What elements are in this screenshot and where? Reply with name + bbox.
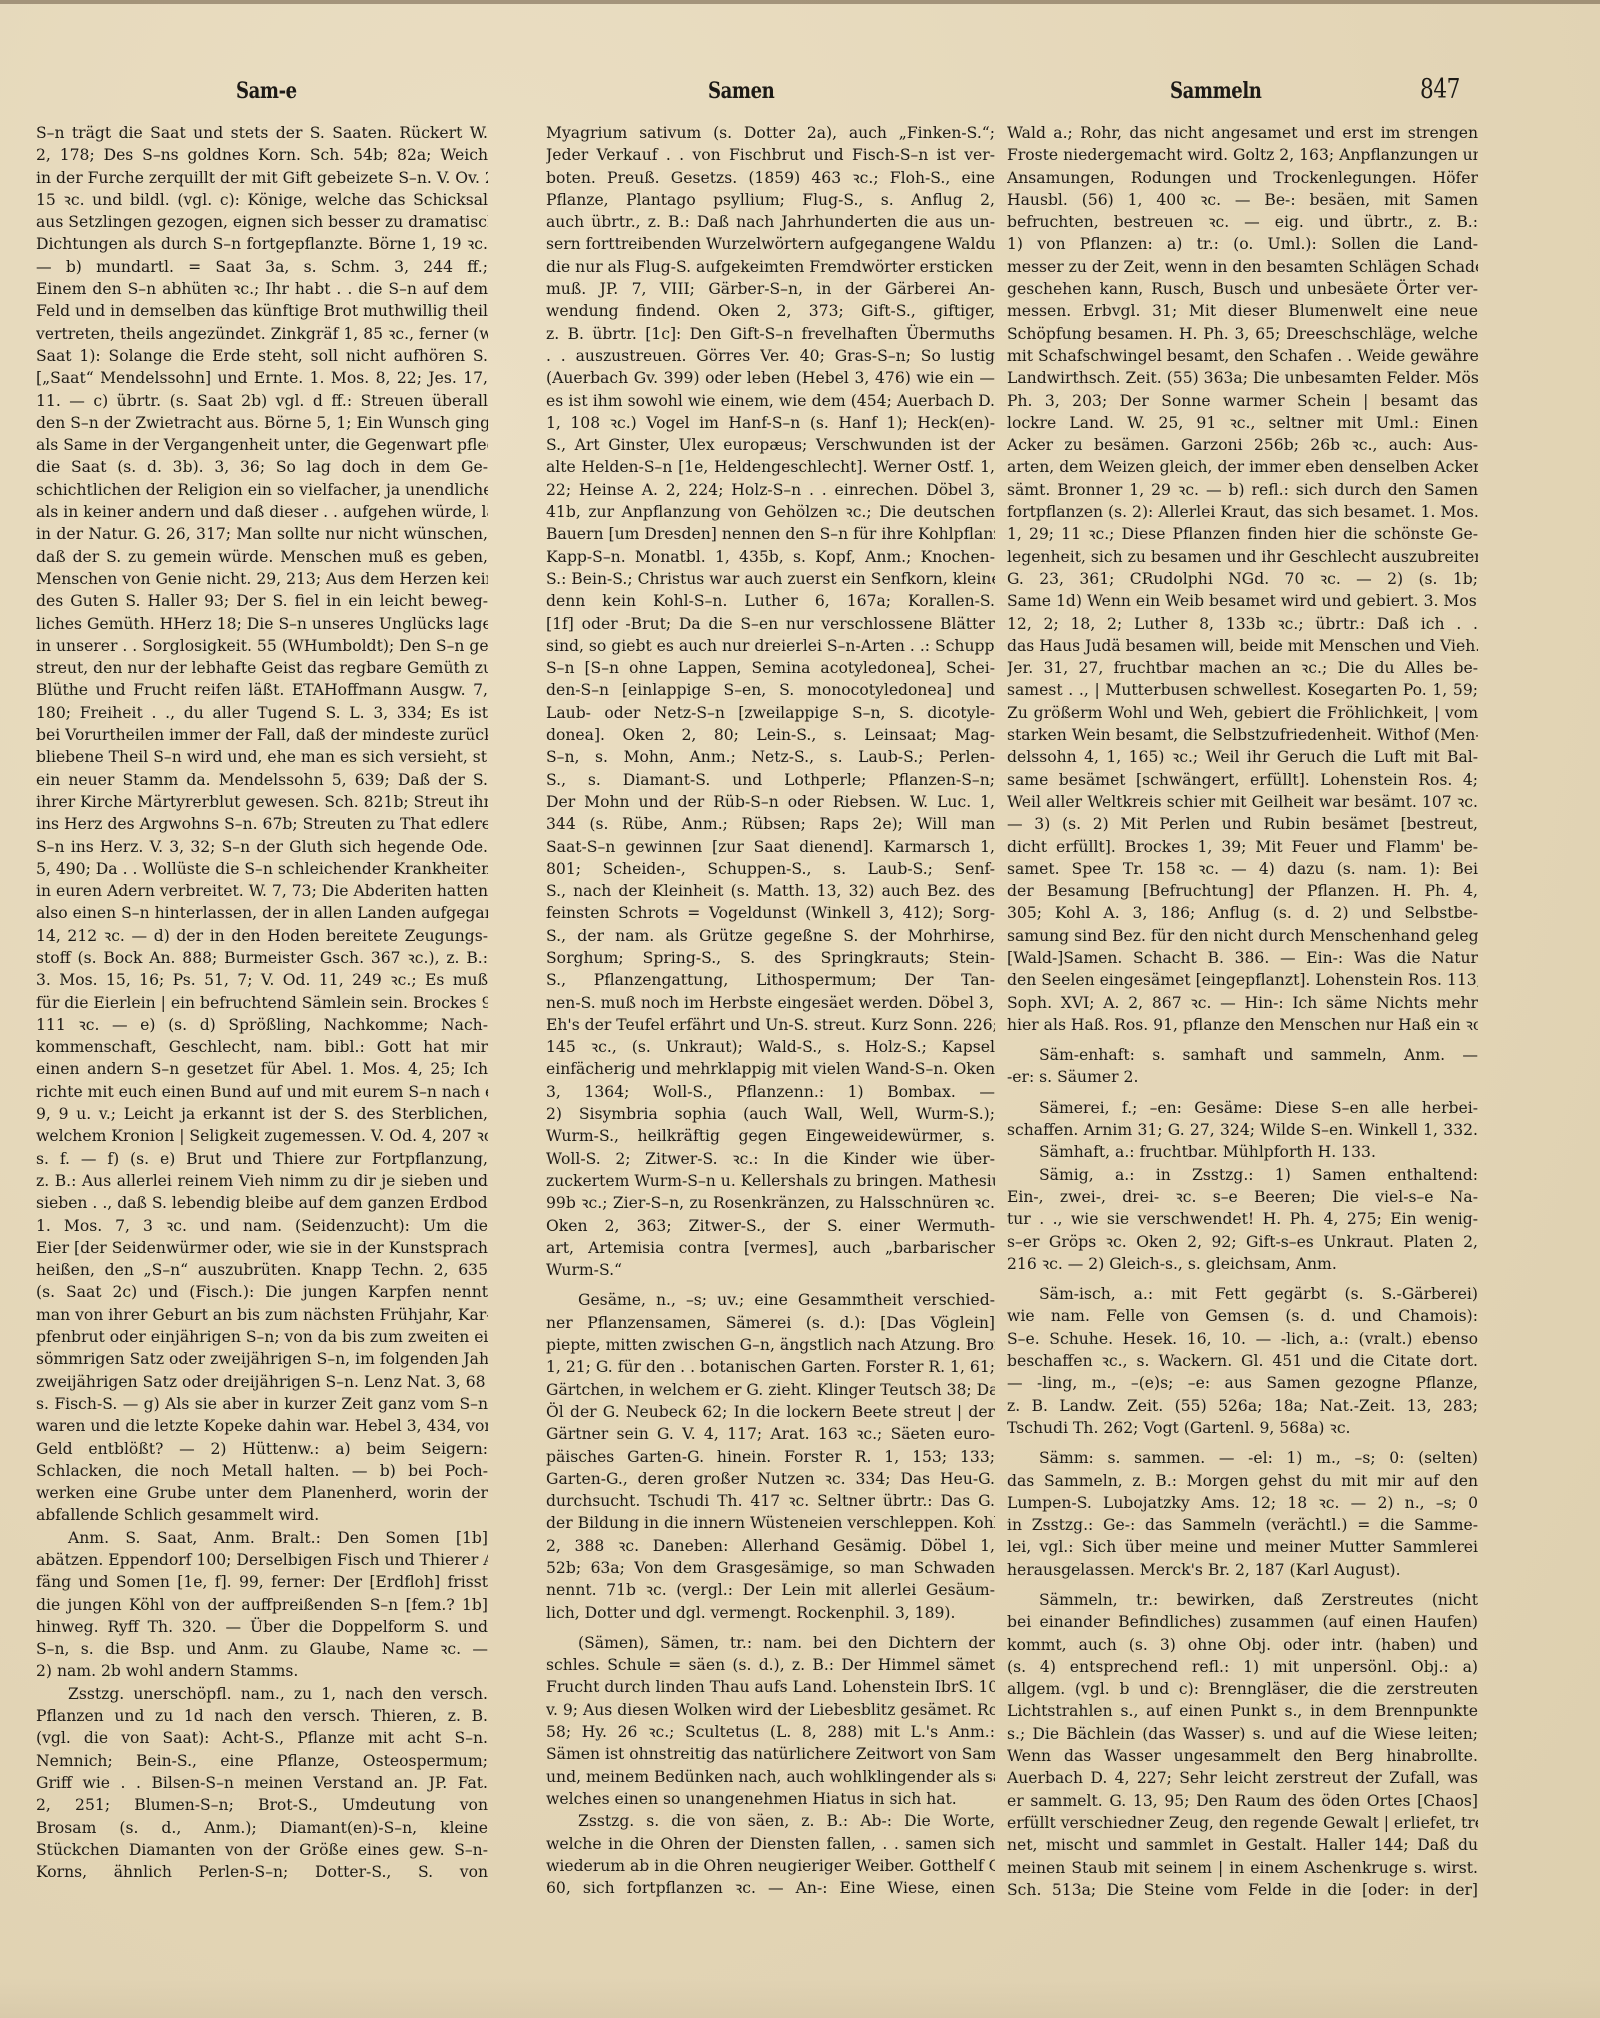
text-line: den-S–n [einlappige S–en, S. monocotyled… — [546, 679, 995, 701]
text-line: Brosam (s. d., Anm.); Diamant(en)-S–n, k… — [36, 1817, 488, 1839]
text-line: waren und die letzte Kopeke dahin war. H… — [36, 1415, 488, 1437]
text-line: Ansamungen, Rodungen und Trockenlegungen… — [1007, 167, 1478, 189]
text-line: — -ling, m., –(e)s; –e: aus Samen gezogn… — [1007, 1372, 1478, 1394]
text-line: auch übrtr., z. B.: Daß nach Jahrhundert… — [546, 211, 995, 233]
text-line: Sch. 513a; Die Steine vom Felde in die [… — [1007, 1879, 1478, 1901]
text-line: Der Mohn und der Rüb-S–n oder Riebsen. W… — [546, 791, 995, 813]
text-line: S–n trägt die Saat und stets der S. Saat… — [36, 122, 488, 144]
text-line: Öl der G. Neubeck 62; In die lockern Bee… — [546, 1401, 995, 1423]
text-line: mit Schafschwingel besamt, den Schafen .… — [1007, 345, 1478, 367]
text-line: 1. Mos. 7, 3 ꝛc. und nam. (Seidenzucht):… — [36, 1215, 488, 1237]
text-line: 1) von Pflanzen: a) tr.: (o. Uml.): Soll… — [1007, 233, 1478, 255]
text-line: welchem Kronion | Seligkeit zugemessen. … — [36, 1125, 488, 1147]
text-line: als in keiner andern und daß dieser . . … — [36, 501, 488, 523]
text-line: 216 ꝛc. — 2) Gleich-s., s. gleichsam, An… — [1007, 1253, 1478, 1275]
text-line: same besämet [schwängert, erfüllt]. Lohe… — [1007, 769, 1478, 791]
text-line: heißen, den „S–n“ auszubrüten. Knapp Tec… — [36, 1259, 488, 1281]
text-line: Einem den S–n abhüten ꝛc.; Ihr habt . . … — [36, 278, 488, 300]
text-line: vertreten, theils angezündet. Zinkgräf 1… — [36, 323, 488, 345]
text-line: -er: s. Säumer 2. — [1007, 1066, 1478, 1088]
text-line: s–er Gröps ꝛc. Oken 2, 92; Gift-s–es Unk… — [1007, 1231, 1478, 1253]
text-line: legenheit, sich zu besamen und ihr Gesch… — [1007, 546, 1478, 568]
text-line: Jer. 31, 27, fruchtbar machen an ꝛc.; Di… — [1007, 657, 1478, 679]
text-line: lich, Dotter und dgl. vermengt. Rockenph… — [546, 1602, 995, 1624]
text-line: Froste niedergemacht wird. Goltz 2, 163;… — [1007, 144, 1478, 166]
text-line: net, mischt und sammlet in Gestalt. Hall… — [1007, 1834, 1478, 1856]
text-line: Sämen ist ohnstreitig das natürlichere Z… — [546, 1743, 995, 1765]
text-line: alte Helden-S–n [1e, Heldengeschlecht]. … — [546, 456, 995, 478]
text-line: Frucht durch linden Thau aufs Land. Lohe… — [546, 1676, 995, 1698]
text-line: als Same in der Vergangenheit unter, die… — [36, 434, 488, 456]
text-line: 2, 178; Des S–ns goldnes Korn. Sch. 54b;… — [36, 144, 488, 166]
text-line: sind, so giebt es auch nur dreierlei S–n… — [546, 635, 995, 657]
text-line: lei, vgl.: Sich über meine und meiner Mu… — [1007, 1536, 1478, 1558]
entry-start-line: Zsstzg. unerschöpfl. nam., zu 1, nach de… — [36, 1683, 488, 1705]
text-line: Saat 1): Solange die Erde steht, soll ni… — [36, 345, 488, 367]
entry-start-line: Sämerei, f.; –en: Gesäme: Diese S–en all… — [1007, 1097, 1478, 1119]
text-line: richte mit euch einen Bund auf und mit e… — [36, 1081, 488, 1103]
text-line: (s. 4) entsprechend refl.: 1) mit unpers… — [1007, 1656, 1478, 1678]
text-line: Feld und in demselben das künftige Brot … — [36, 300, 488, 322]
text-line: hier als Haß. Ros. 91, pflanze den Mensc… — [1007, 1014, 1478, 1036]
text-line: 180; Freiheit . ., du aller Tugend S. L.… — [36, 702, 488, 724]
text-line: 2, 388 ꝛc. Daneben: Allerhand Gesämig. D… — [546, 1535, 995, 1557]
text-line: in der Natur. G. 26, 317; Man sollte nur… — [36, 523, 488, 545]
text-line: es ist ihm sowohl wie einem, wie dem (45… — [546, 390, 995, 412]
text-line: Kapp-S–n. Monatbl. 1, 435b, s. Kopf, Anm… — [546, 546, 995, 568]
text-line: päisches Garten-G. hinein. Forster R. 1,… — [546, 1446, 995, 1468]
text-line: — b) mundartl. = Saat 3a, s. Schm. 3, 24… — [36, 256, 488, 278]
text-line: wendung findend. Oken 2, 373; Gift-S., g… — [546, 300, 995, 322]
text-line: Dichtungen als durch S–n fortgepflanzte.… — [36, 233, 488, 255]
text-line: sämt. Bronner 1, 29 ꝛc. — b) refl.: sich… — [1007, 479, 1478, 501]
text-line: Landwirthsch. Zeit. (55) 363a; Die unbes… — [1007, 367, 1478, 389]
text-line: Korns, ähnlich Perlen-S–n; Dotter-S., S.… — [36, 1861, 488, 1883]
text-line: des Guten S. Haller 93; Der S. fiel in e… — [36, 590, 488, 612]
text-line: art, Artemisia contra [vermes], auch „ba… — [546, 1237, 995, 1259]
entry-start-line: Sämig, a.: in Zsstzg.: 1) Samen enthalte… — [1007, 1164, 1478, 1186]
text-line: erfüllt verschiedner Zeug, den regende G… — [1007, 1812, 1478, 1834]
text-line: kommenschaft, Geschlecht, nam. bibl.: Go… — [36, 1036, 488, 1058]
text-line: 5, 490; Da . . Wollüste die S–n schleich… — [36, 858, 488, 880]
text-line: s.; Die Bächlein (das Wasser) s. und auf… — [1007, 1723, 1478, 1745]
text-line: Saat-S–n gewinnen [zur Saat dienend]. Ka… — [546, 836, 995, 858]
text-line: Ein-, zwei-, drei- ꝛc. s–e Beeren; Die v… — [1007, 1186, 1478, 1208]
text-line: und, meinem Bedünken nach, auch wohlklin… — [546, 1766, 995, 1788]
text-line: 1, 29; 11 ꝛc.; Diese Pflanzen finden hie… — [1007, 523, 1478, 545]
text-line: [Wald-]Samen. Schacht B. 386. — Ein-: Wa… — [1007, 947, 1478, 969]
text-line: 14, 212 ꝛc. — d) der in den Hoden bereit… — [36, 925, 488, 947]
text-line: Woll-S. 2; Zitwer-S. ꝛc.: In die Kinder … — [546, 1148, 995, 1170]
text-line: kommt, auch (s. 3) ohne Obj. oder intr. … — [1007, 1634, 1478, 1656]
text-line: Gärtchen, in welchem er G. zieht. Klinge… — [546, 1379, 995, 1401]
text-line: also einen S–n hinterlassen, der in alle… — [36, 902, 488, 924]
column-left: S–n trägt die Saat und stets der S. Saat… — [36, 122, 488, 1883]
text-line: S., nach der Kleinheit (s. Matth. 13, 32… — [546, 880, 995, 902]
text-line: S–n [S–n ohne Lappen, Semina acotyledone… — [546, 657, 995, 679]
text-line: Eh's der Teufel erfährt und Un-S. streut… — [546, 1014, 995, 1036]
text-line: nennt. 71b ꝛc. (vergl.: Der Lein mit all… — [546, 1579, 995, 1601]
text-line: 41b, zur Anpflanzung von Gehölzen ꝛc.; D… — [546, 501, 995, 523]
text-line: nen-S. muß noch im Herbste eingesäet wer… — [546, 992, 995, 1014]
text-line: Wenn das Wasser ungesammelt den Berg hin… — [1007, 1745, 1478, 1767]
text-line: 9, 9 u. v.; Leicht ja erkannt ist der S.… — [36, 1103, 488, 1125]
text-line: S.: Bein-S.; Christus war auch zuerst ei… — [546, 568, 995, 590]
text-line: 2) nam. 2b wohl andern Stamms. — [36, 1660, 488, 1682]
text-line: Myagrium sativum (s. Dotter 2a), auch „F… — [546, 122, 995, 144]
text-line: fortpflanzen (s. 2): Allerlei Kraut, das… — [1007, 501, 1478, 523]
text-line: S., Art Ginster, Ulex europæus; Verschwu… — [546, 434, 995, 456]
text-line: Sorghum; Spring-S., S. des Springkrauts;… — [546, 947, 995, 969]
text-line: Oken 2, 363; Zitwer-S., der S. einer Wer… — [546, 1215, 995, 1237]
text-line: delssohn 4, 1, 165) ꝛc.; Weil ihr Geruch… — [1007, 746, 1478, 768]
text-line: sern forttreibenden Wurzelwörtern aufgeg… — [546, 233, 995, 255]
text-line: [1f] oder -Brut; Da die S–en nur verschl… — [546, 613, 995, 635]
text-line: einen andern S–n gesetzet für Abel. 1. M… — [36, 1058, 488, 1080]
text-line: (vgl. die von Saat): Acht-S., Pflanze mi… — [36, 1727, 488, 1749]
text-line: pfenbrut oder einjährigen S–n; von da bi… — [36, 1326, 488, 1348]
text-line: befruchten, bestreuen ꝛc. — eig. und übr… — [1007, 211, 1478, 233]
text-line: wie nam. Felle von Gemsen (s. d. und Cha… — [1007, 1305, 1478, 1327]
text-line: in unserer . . Sorglosigkeit. 55 (WHumbo… — [36, 635, 488, 657]
text-line: ein neuer Stamm da. Mendelssohn 5, 639; … — [36, 769, 488, 791]
text-line: meinen Staub mit seinem | in einem Asche… — [1007, 1857, 1478, 1879]
page-bottom-shade — [0, 1978, 1600, 2018]
text-line: Geld entblößt? — 2) Hüttenw.: a) beim Se… — [36, 1438, 488, 1460]
text-line: lockre Land. W. 25, 91 ꝛc., seltner mit … — [1007, 412, 1478, 434]
text-line: Wald a.; Rohr, das nicht angesamet und e… — [1007, 122, 1478, 144]
text-line: die Saat (s. d. 3b). 3, 36; So lag doch … — [36, 456, 488, 478]
text-line: schichtlichen der Religion ein so vielfa… — [36, 479, 488, 501]
text-line: Same 1d) Wenn ein Weib besamet wird und … — [1007, 590, 1478, 612]
text-line: Weil aller Weltkreis schier mit Geilheit… — [1007, 791, 1478, 813]
entry-start-line: Zsstzg. s. die von säen, z. B.: Ab-: Die… — [546, 1810, 995, 1832]
page-top-edge — [0, 0, 1600, 4]
entry-start-line: Anm. S. Saat, Anm. Bralt.: Den Somen [1b… — [36, 1527, 488, 1549]
page-header: Sam-e Samen Sammeln 847 — [0, 70, 1600, 110]
text-line: 801; Scheiden-, Schuppen-S., s. Laub-S.;… — [546, 858, 995, 880]
text-line: s. Fisch-S. — g) Als sie aber in kurzer … — [36, 1393, 488, 1415]
text-line: ihrer Kirche Märtyrerblut gewesen. Sch. … — [36, 791, 488, 813]
entry-start-line: Säm-enhaft: s. samhaft und sammeln, Anm.… — [1007, 1044, 1478, 1066]
text-line: Schöpfung besamen. H. Ph. 3, 65; Dreesch… — [1007, 323, 1478, 345]
right-guide-word: Sammeln — [1170, 78, 1261, 104]
text-line: 58; Hy. 26 ꝛc.; Scultetus (L. 8, 288) mi… — [546, 1721, 995, 1743]
text-line: samest . ., | Mutterbusen schwellest. Ko… — [1007, 679, 1478, 701]
text-line: 344 (s. Rübe, Anm.; Rübsen; Raps 2e); Wi… — [546, 813, 995, 835]
text-line: 15 ꝛc. und bildl. (vgl. c): Könige, welc… — [36, 189, 488, 211]
text-line: aus Setzlingen gezogen, eignen sich bess… — [36, 211, 488, 233]
text-line: ner Pflanzensamen, Sämerei (s. d.): [Das… — [546, 1312, 995, 1334]
text-line: in der Furche zerquillt der mit Gift geb… — [36, 167, 488, 189]
text-line: die nur als Flug-S. aufgekeimten Fremdwö… — [546, 256, 995, 278]
text-line: 22; Heinse A. 2, 224; Holz-S–n . . einre… — [546, 479, 995, 501]
text-line: Soph. XVI; A. 2, 867 ꝛc. — Hin-: Ich säm… — [1007, 992, 1478, 1014]
text-line: dicht erfüllt]. Brockes 1, 39; Mit Feuer… — [1007, 836, 1478, 858]
text-line: fäng und Somen [1e, f]. 99, ferner: Der … — [36, 1571, 488, 1593]
text-line: 3. Mos. 15, 16; Ps. 51, 7; V. Od. 11, 24… — [36, 969, 488, 991]
text-line: die jungen Köhl von der auffpreißenden S… — [36, 1594, 488, 1616]
text-line: herausgelassen. Merck's Br. 2, 187 (Karl… — [1007, 1559, 1478, 1581]
text-line: S., Pflanzengattung, Lithospermum; Der T… — [546, 969, 995, 991]
text-line: einfächerig und mehrklappig mit vielen W… — [546, 1058, 995, 1080]
text-line: Bauern [um Dresden] nennen den S–n für i… — [546, 523, 995, 545]
text-line: G. 23, 361; CRudolphi NGd. 70 ꝛc. — 2) (… — [1007, 568, 1478, 590]
text-line: sieben . ., daß S. lebendig bleibe auf d… — [36, 1192, 488, 1214]
center-guide-word: Samen — [708, 78, 774, 104]
text-line: boten. Preuß. Gesetzs. (1859) 463 ꝛc.; F… — [546, 167, 995, 189]
text-line: (s. Saat 2c) und (Fisch.): Die jungen Ka… — [36, 1281, 488, 1303]
text-line: donea]. Oken 2, 80; Lein-S., s. Leinsaat… — [546, 724, 995, 746]
text-line: bliebene Theil S–n wird und, ehe man es … — [36, 746, 488, 768]
text-line: abätzen. Eppendorf 100; Derselbigen Fisc… — [36, 1549, 488, 1571]
text-line: arten, dem Weizen gleich, der immer eben… — [1007, 456, 1478, 478]
text-line: geschehen kann, Rusch, Busch und unbesäe… — [1007, 278, 1478, 300]
text-line: Lumpen-S. Lubojatzky Ams. 12; 18 ꝛc. — 2… — [1007, 1492, 1478, 1514]
text-line: Wurm-S., heilkräftig gegen Eingeweidewür… — [546, 1125, 995, 1147]
text-line: abfallende Schlich gesammelt wird. — [36, 1504, 488, 1526]
entry-start-line: (Sämen), Sämen, tr.: nam. bei den Dichte… — [546, 1632, 995, 1654]
text-line: 60, sich fortpflanzen ꝛc. — An-: Eine Wi… — [546, 1877, 995, 1899]
text-line: Schlacken, die noch Metall halten. — b) … — [36, 1460, 488, 1482]
text-line: Pflanze, Plantago psyllium; Flug-S., s. … — [546, 189, 995, 211]
text-line: 3, 1364; Woll-S., Pflanzenn.: 1) Bombax.… — [546, 1081, 995, 1103]
text-line: man von ihrer Geburt an bis zum nächsten… — [36, 1304, 488, 1326]
text-line: Stückchen Diamanten von der Größe eines … — [36, 1839, 488, 1861]
text-line: werken eine Grube unter dem Planenherd, … — [36, 1482, 488, 1504]
text-line: S., s. Diamant-S. und Lothperle; Pflanze… — [546, 769, 995, 791]
text-line: samung sind Bez. für den nicht durch Men… — [1007, 925, 1478, 947]
text-line: Auerbach D. 4, 227; Sehr leicht zerstreu… — [1007, 1767, 1478, 1789]
entry-start-line: Sämhaft, a.: fruchtbar. Mühlpforth H. 13… — [1007, 1141, 1478, 1163]
entry-start-line: Säm-isch, a.: mit Fett gegärbt (s. S.-Gä… — [1007, 1283, 1478, 1305]
text-line: 99b ꝛc.; Zier-S–n, zu Rosenkränzen, zu H… — [546, 1192, 995, 1214]
text-line: messen. Erbvgl. 31; Mit dieser Blumenwel… — [1007, 300, 1478, 322]
text-line: beschaffen ꝛc., s. Wackern. Gl. 451 und … — [1007, 1350, 1478, 1372]
text-line: Jeder Verkauf . . von Fischbrut und Fisc… — [546, 144, 995, 166]
text-line: 11. — c) übrtr. (s. Saat 2b) vgl. d ff.:… — [36, 390, 488, 412]
text-line: Laub- oder Netz-S–n [zweilappige S–n, S.… — [546, 702, 995, 724]
text-line: welche in die Ohren der Diensten fallen,… — [546, 1833, 995, 1855]
text-line: s. f. — f) (s. e) Brut und Thiere zur Fo… — [36, 1148, 488, 1170]
text-line: Hausbl. (56) 1, 400 ꝛc. — Be-: besäen, m… — [1007, 189, 1478, 211]
text-line: den S–n der Zwietracht aus. Börne 5, 1; … — [36, 412, 488, 434]
text-line: schles. Schule = säen (s. d.), z. B.: De… — [546, 1654, 995, 1676]
text-line: Griff wie . . Bilsen-S–n meinen Verstand… — [36, 1772, 488, 1794]
text-line: Pflanzen und zu 1d nach den versch. Thie… — [36, 1705, 488, 1727]
text-line: das Sammeln, z. B.: Morgen gehst du mit … — [1007, 1470, 1478, 1492]
text-line: [„Saat“ Mendelssohn] und Ernte. 1. Mos. … — [36, 367, 488, 389]
text-line: z. B. Landw. Zeit. (55) 526a; 18a; Nat.-… — [1007, 1395, 1478, 1417]
text-line: streut, den nur der lebhafte Geist das r… — [36, 657, 488, 679]
text-line: S–n, s. Mohn, Anm.; Netz-S., s. Laub-S.;… — [546, 746, 995, 768]
text-line: sömmrigen Satz oder zweijährigen S–n, im… — [36, 1348, 488, 1370]
text-line: starken Wein besamt, die Selbstzufrieden… — [1007, 724, 1478, 746]
text-line: 52b; 63a; Von dem Grasgesämige, so man S… — [546, 1557, 995, 1579]
text-line: durchsucht. Tschudi Th. 417 ꝛc. Seltner … — [546, 1490, 995, 1512]
text-line: S., der nam. als Grütze gegeßne S. der M… — [546, 925, 995, 947]
text-line: z. B.: Aus allerlei reinem Vieh nimm zu … — [36, 1170, 488, 1192]
text-line: samet. Spee Tr. 158 ꝛc. — 4) dazu (s. na… — [1007, 858, 1478, 880]
text-line: S–e. Schuhe. Hesek. 16, 10. — -lich, a.:… — [1007, 1328, 1478, 1350]
text-line: 12, 2; 18, 2; Luther 8, 133b ꝛc.; übrtr.… — [1007, 613, 1478, 635]
text-line: hinweg. Ryff Th. 320. — Über die Doppelf… — [36, 1616, 488, 1638]
text-line: denn kein Kohl-S–n. Luther 6, 167a; Kora… — [546, 590, 995, 612]
text-line: Garten-G., deren großer Nutzen ꝛc. 334; … — [546, 1468, 995, 1490]
text-line: stoff (s. Bock An. 888; Burmeister Gsch.… — [36, 947, 488, 969]
text-line: Wurm-S.“ — [546, 1259, 995, 1281]
text-line: 1, 108 ꝛc.) Vogel im Hanf-S–n (s. Hanf 1… — [546, 412, 995, 434]
left-guide-word: Sam-e — [236, 78, 297, 104]
column-right: Wald a.; Rohr, das nicht angesamet und e… — [1007, 122, 1478, 1901]
entry-start-line: Sämm: s. sammen. — -el: 1) m., –s; 0: (s… — [1007, 1447, 1478, 1469]
text-line: der Besamung [Befruchtung] der Pflanzen.… — [1007, 880, 1478, 902]
text-line: den Seelen eingesämet [eingepflanzt]. Lo… — [1007, 969, 1478, 991]
text-line: 145 ꝛc., (s. Unkraut); Wald-S., s. Holz-… — [546, 1036, 995, 1058]
text-line: zuckertem Wurm-S–n u. Kellershals zu bri… — [546, 1170, 995, 1192]
text-line: 305; Kohl A. 3, 186; Anflug (s. d. 2) un… — [1007, 902, 1478, 924]
text-line: 1, 21; G. für den . . botanischen Garten… — [546, 1356, 995, 1378]
text-line: das Haus Judä besamen will, beide mit Me… — [1007, 635, 1478, 657]
text-line: bei Vorurtheilen immer der Fall, daß der… — [36, 724, 488, 746]
text-line: zweijährigen Satz oder dreijährigen S–n.… — [36, 1371, 488, 1393]
text-line: der Bildung in die innern Wüsteneien ver… — [546, 1512, 995, 1534]
text-line: Gärtner sein G. V. 4, 117; Arat. 163 ꝛc.… — [546, 1423, 995, 1445]
text-line: piepte, mitten zwischen G–n, ängstlich n… — [546, 1334, 995, 1356]
entry-start-line: Sämmeln, tr.: bewirken, daß Zerstreutes … — [1007, 1589, 1478, 1611]
text-line: tur . ., wie sie verschwendet! H. Ph. 4,… — [1007, 1208, 1478, 1230]
text-line: Zu größerm Wohl und Weh, gebiert die Frö… — [1007, 702, 1478, 724]
text-line: (Auerbach Gv. 399) oder leben (Hebel 3, … — [546, 367, 995, 389]
text-line: schaffen. Arnim 31; G. 27, 324; Wilde S–… — [1007, 1119, 1478, 1141]
text-line: z. B. übrtr. [1c]: Den Gift-S–n frevelha… — [546, 323, 995, 345]
text-line: bei einander Befindliches) zusammen (auf… — [1007, 1611, 1478, 1633]
text-line: Tschudi Th. 262; Vogt (Gartenl. 9, 568a)… — [1007, 1417, 1478, 1439]
text-line: ins Herz des Argwohns S–n. 67b; Streuten… — [36, 813, 488, 835]
text-line: Ph. 3, 203; Der Sonne warmer Schein | be… — [1007, 390, 1478, 412]
text-line: S–n, s. die Bsp. und Anm. zu Glaube, Nam… — [36, 1638, 488, 1660]
entry-start-line: Gesäme, n., –s; uv.; eine Gesammtheit ve… — [546, 1289, 995, 1311]
text-line: in euren Adern verbreitet. W. 7, 73; Die… — [36, 880, 488, 902]
text-line: Lichtstrahlen s., auf einen Punkt s., in… — [1007, 1700, 1478, 1722]
text-line: Acker zu besämen. Garzoni 256b; 26b ꝛc.,… — [1007, 434, 1478, 456]
text-line: allgem. (vgl. b und c): Brenngläser, die… — [1007, 1678, 1478, 1700]
text-line: in Zsstzg.: Ge-: das Sammeln (verächtl.)… — [1007, 1514, 1478, 1536]
text-line: für die Eierlein | ein befruchtend Sämle… — [36, 992, 488, 1014]
text-line: v. 9; Aus diesen Wolken wird der Liebesb… — [546, 1699, 995, 1721]
text-line: feinsten Schrots = Vogeldunst (Winkell 3… — [546, 902, 995, 924]
text-line: muß. JP. 7, VIII; Gärber-S–n, in der Gär… — [546, 278, 995, 300]
text-line: daß der S. zu gemein würde. Menschen muß… — [36, 546, 488, 568]
text-line: messer zu der Zeit, wenn in den besamten… — [1007, 256, 1478, 278]
text-line: 2, 251; Blumen-S–n; Brot-S., Umdeutung v… — [36, 1794, 488, 1816]
column-middle: Myagrium sativum (s. Dotter 2a), auch „F… — [546, 122, 995, 1899]
text-line: Nemnich; Bein-S., eine Pflanze, Osteospe… — [36, 1750, 488, 1772]
text-line: Eier [der Seidenwürmer oder, wie sie in … — [36, 1237, 488, 1259]
text-line: er sammelt. G. 13, 95; Den Raum des öden… — [1007, 1790, 1478, 1812]
text-line: 111 ꝛc. — e) (s. d) Sprößling, Nachkomme… — [36, 1014, 488, 1036]
text-line: wiederum ab in die Ohren neugieriger Wei… — [546, 1855, 995, 1877]
text-line: 2) Sisymbria sophia (auch Wall, Well, Wu… — [546, 1103, 995, 1125]
text-line: Menschen von Genie nicht. 29, 213; Aus d… — [36, 568, 488, 590]
text-line: liches Gemüth. HHerz 18; Die S–n unseres… — [36, 613, 488, 635]
text-line: . . auszustreuen. Görres Ver. 40; Gras-S… — [546, 345, 995, 367]
text-line: Blüthe und Frucht reifen läßt. ETAHoffma… — [36, 679, 488, 701]
page-number: 847 — [1420, 74, 1460, 105]
text-line: welches einen so unangenehmen Hiatus in … — [546, 1788, 995, 1810]
text-line: S–n ins Herz. V. 3, 32; S–n der Gluth si… — [36, 836, 488, 858]
text-line: — 3) (s. 2) Mit Perlen und Rubin besämet… — [1007, 813, 1478, 835]
